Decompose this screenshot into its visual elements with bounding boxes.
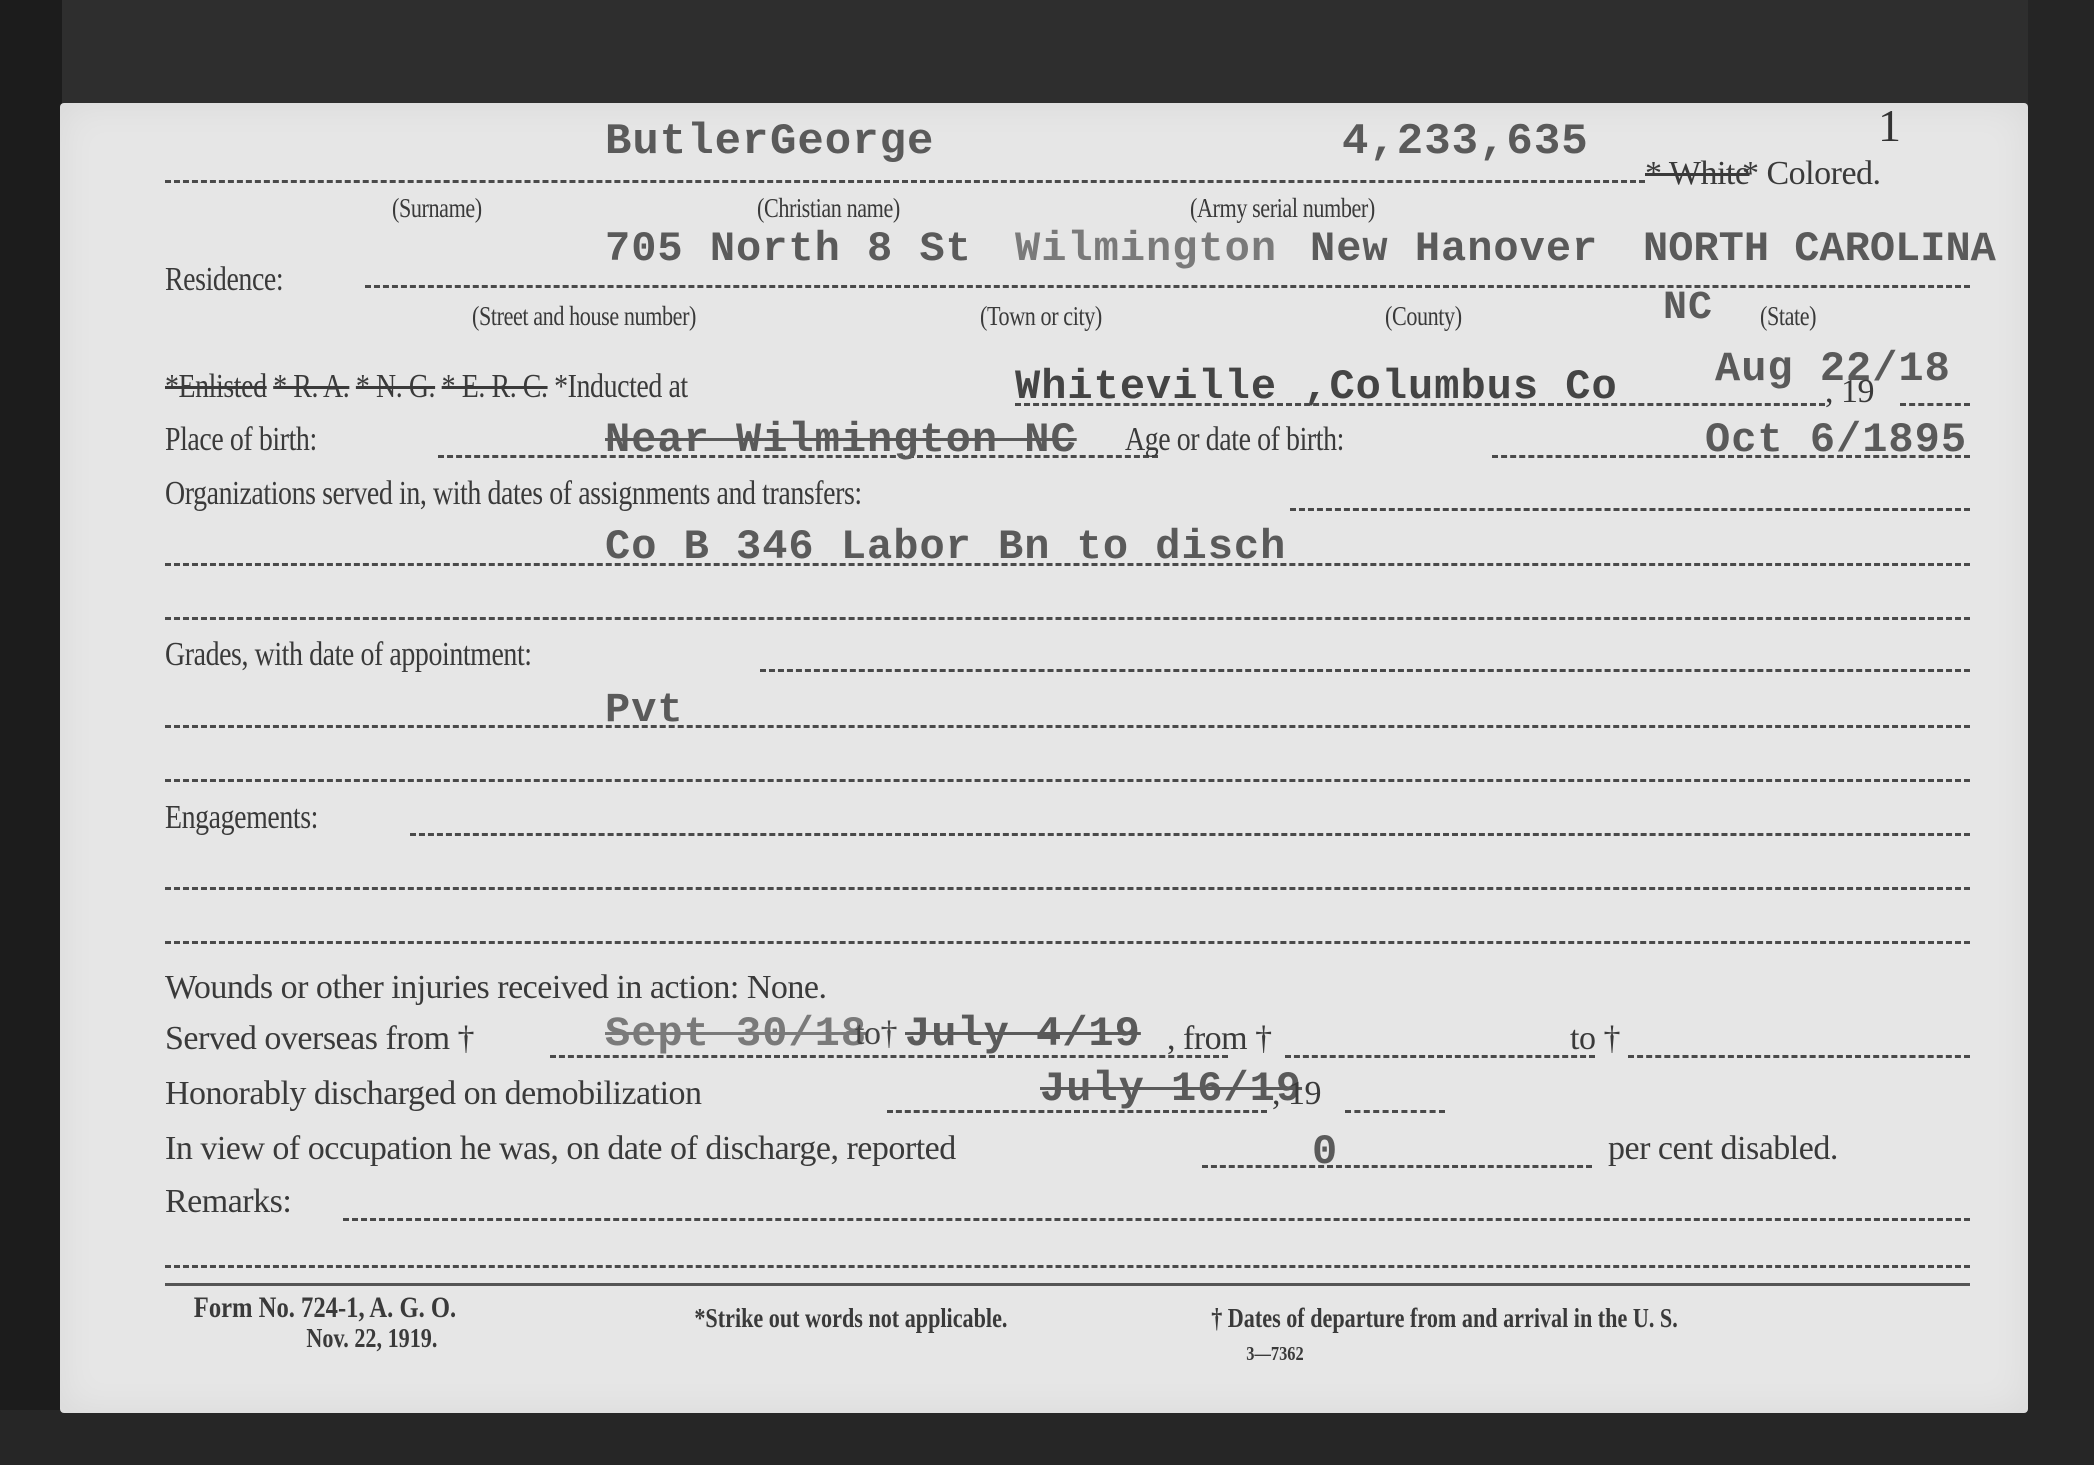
place-of-birth-label: Place of birth: <box>165 421 317 459</box>
disability-line <box>1202 1165 1592 1168</box>
overseas-from-value: Sept 30/18 <box>605 1010 867 1058</box>
state-abbrev-value: NC <box>1663 286 1713 331</box>
service-record-card: 1 Butler George 4,233,635 * White * Colo… <box>60 103 2028 1413</box>
street-label: (Street and house number) <box>472 301 696 332</box>
engagements-label: Engagements: <box>165 799 318 837</box>
organizations-line-3 <box>165 617 1970 620</box>
discharge-label: Honorably discharged on demobilization <box>165 1075 702 1113</box>
grades-label: Grades, with date of appointment: <box>165 636 532 674</box>
christian-name-label: (Christian name) <box>757 193 900 224</box>
overseas-from2-label: , from † <box>1167 1020 1272 1058</box>
christian-name-value: George <box>770 117 934 167</box>
induction-year-prefix: , 19 <box>1825 373 1874 411</box>
county-label: (County) <box>1385 301 1462 332</box>
grades-line-3 <box>165 779 1970 782</box>
date-of-birth-value: Oct 6/1895 <box>1705 416 1967 464</box>
remarks-line-2 <box>165 1265 1970 1268</box>
discharge-year-line <box>1345 1110 1445 1113</box>
overseas-to-inline: to† <box>855 1015 897 1053</box>
serial-number-value: 4,233,635 <box>1342 117 1589 167</box>
engagements-line-3 <box>165 941 1970 944</box>
induction-year-line <box>1900 403 1970 406</box>
serial-number-label: (Army serial number) <box>1190 193 1375 224</box>
scanner-background-left <box>0 0 62 1465</box>
enlisted-option: *Enlisted <box>165 368 267 405</box>
inducted-at-label: *Inducted at <box>554 368 688 405</box>
county-value: New Hanover <box>1310 225 1598 273</box>
engagements-line-2 <box>165 887 1970 890</box>
dates-note: † Dates of departure from and arrival in… <box>1211 1303 1678 1334</box>
age-label: Age or date of birth: <box>1125 421 1344 459</box>
overseas-to2-line <box>1628 1055 1970 1058</box>
page-number: 1 <box>1878 99 1901 152</box>
colored-option: * Colored. <box>1742 155 1881 193</box>
surname-value: Butler <box>605 117 769 167</box>
overseas-from2-line <box>1285 1055 1595 1058</box>
state-value: NORTH CAROLINA <box>1643 225 1996 273</box>
discharge-date-value: July 16/19 <box>1040 1065 1302 1113</box>
engagements-line-1 <box>410 833 1970 836</box>
erc-option: * E. R. C. <box>442 368 548 405</box>
residence-label: Residence: <box>165 261 283 299</box>
white-option: * White <box>1645 155 1749 193</box>
grades-line-1 <box>760 669 1970 672</box>
form-date: Nov. 22, 1919. <box>306 1323 437 1354</box>
strike-note: *Strike out words not applicable. <box>694 1303 1007 1334</box>
footer-rule <box>165 1283 1970 1286</box>
street-value: 705 North 8 St <box>605 225 972 273</box>
discharge-year-suffix: , 19 <box>1272 1075 1321 1113</box>
served-overseas-label: Served overseas from † <box>165 1020 474 1058</box>
organizations-label: Organizations served in, with dates of a… <box>165 475 862 513</box>
wounds-text: Wounds or other injuries received in act… <box>165 969 827 1007</box>
remarks-line-1 <box>343 1218 1970 1221</box>
remarks-label: Remarks: <box>165 1183 291 1221</box>
form-number: Form No. 724-1, A. G. O. <box>194 1291 456 1325</box>
state-label: (State) <box>1760 301 1816 332</box>
ra-option: * R. A. <box>273 368 349 405</box>
grades-line-2 <box>165 725 1970 728</box>
disability-suffix: per cent disabled. <box>1608 1130 1838 1168</box>
organizations-line-1 <box>1290 508 1970 511</box>
town-value: Wilmington <box>1015 225 1277 273</box>
town-label: (Town or city) <box>980 301 1102 332</box>
induction-row: *Enlisted * R. A. * N. G. * E. R. C. *In… <box>165 368 688 406</box>
name-line <box>165 180 1645 183</box>
overseas-to2-label: to † <box>1570 1020 1620 1058</box>
place-of-birth-value: Near Wilmington NC <box>605 416 1077 464</box>
scanner-background-right <box>2028 0 2094 1465</box>
ng-option: * N. G. <box>356 368 435 405</box>
surname-label: (Surname) <box>392 193 482 224</box>
induction-line <box>1015 403 1825 406</box>
residence-line <box>365 285 1970 288</box>
disability-value: 0 <box>1312 1128 1338 1176</box>
disability-label: In view of occupation he was, on date of… <box>165 1130 956 1168</box>
organizations-line-2 <box>165 563 1970 566</box>
scanner-background-bottom <box>0 1410 2094 1465</box>
print-code: 3—7362 <box>1246 1343 1303 1366</box>
overseas-to-value: July 4/19 <box>905 1010 1141 1058</box>
